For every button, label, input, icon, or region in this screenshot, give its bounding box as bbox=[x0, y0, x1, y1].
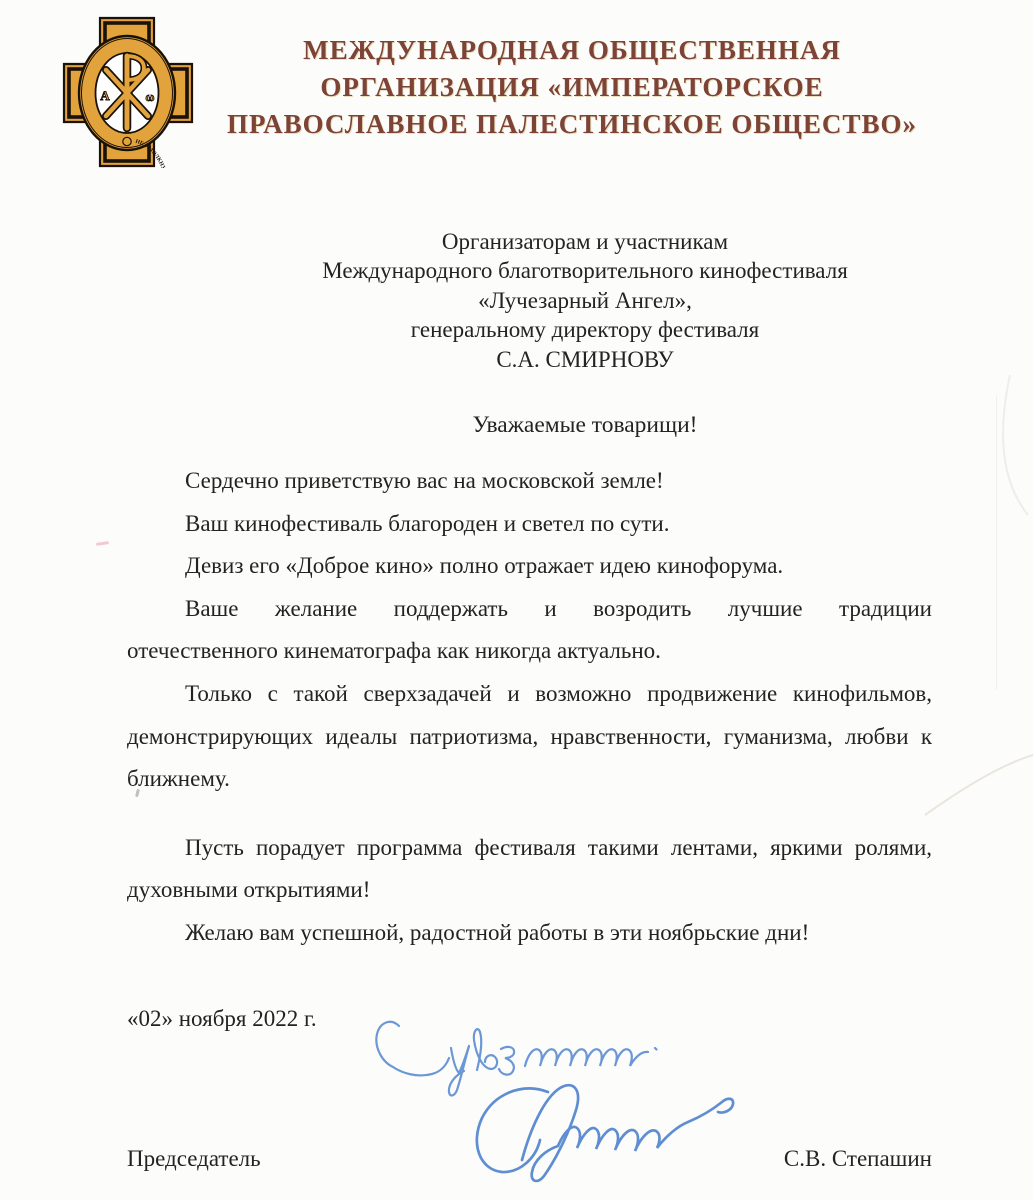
scan-artifact-vertical-line bbox=[996, 395, 997, 690]
recipient-line: «Лучезарный Ангел», bbox=[200, 286, 970, 315]
org-name-line-2: ОРГАНИЗАЦИЯ «ИМПЕРАТОРСКОЕ bbox=[215, 69, 929, 106]
body-line: Желаю вам успешной, радостной работы в э… bbox=[127, 912, 932, 955]
organization-name: МЕЖДУНАРОДНАЯ ОБЩЕСТВЕННАЯ ОРГАНИЗАЦИЯ «… bbox=[215, 32, 929, 143]
letter-body: Сердечно приветствую вас на московской з… bbox=[127, 460, 932, 955]
body-line: ближнему. bbox=[127, 758, 932, 801]
letter-page: НЕ УМОЛКНУ РАДИ СІОНА И РАДИ ІЕРУСАЛИМА … bbox=[0, 0, 1033, 1200]
body-line: Девиз его «Доброе кино» полно отражает и… bbox=[127, 545, 932, 588]
body-line: Ваше желание поддержать и возродить лучш… bbox=[127, 588, 932, 631]
recipient-line: генеральному директору фестиваля bbox=[200, 315, 970, 344]
salutation: Уважаемые товарищи! bbox=[200, 412, 970, 439]
signer-name: С.В. Степашин bbox=[784, 1146, 932, 1172]
position-title: Председатель bbox=[127, 1146, 261, 1172]
recipient-block: Организаторам и участникам Международног… bbox=[200, 227, 970, 374]
body-line: духовными открытиями! bbox=[127, 869, 932, 912]
body-line: Ваш кинофестиваль благороден и светел по… bbox=[127, 503, 932, 546]
recipient-name: С.А. СМИРНОВУ bbox=[200, 345, 970, 374]
alpha-letter: А bbox=[100, 88, 110, 103]
omega-letter: ω bbox=[145, 90, 154, 104]
emblem-bottom-ornament bbox=[123, 137, 131, 145]
body-line: демонстрирующих идеалы патриотизма, нрав… bbox=[127, 716, 932, 759]
org-name-line-1: МЕЖДУНАРОДНАЯ ОБЩЕСТВЕННАЯ bbox=[215, 32, 929, 69]
recipient-line: Международного благотворительного кинофе… bbox=[200, 256, 970, 285]
body-line: Сердечно приветствую вас на московской з… bbox=[127, 460, 932, 503]
org-name-line-3: ПРАВОСЛАВНОЕ ПАЛЕСТИНСКОЕ ОБЩЕСТВО» bbox=[215, 106, 929, 143]
letter-date: «02» ноября 2022 г. bbox=[127, 1006, 317, 1032]
body-line: Только с такой сверхзадачей и возможно п… bbox=[127, 673, 932, 716]
handwritten-note bbox=[376, 1022, 656, 1096]
body-line: Пусть порадует программа фестиваля таким… bbox=[127, 827, 932, 870]
signature-row: Председатель С.В. Степашин bbox=[127, 1146, 932, 1172]
scan-artifact-pink-mark bbox=[96, 541, 109, 546]
body-line: отечественного кинематографа как никогда… bbox=[127, 630, 932, 673]
recipient-line: Организаторам и участникам bbox=[200, 227, 970, 256]
ippo-emblem-icon: НЕ УМОЛКНУ РАДИ СІОНА И РАДИ ІЕРУСАЛИМА … bbox=[62, 16, 194, 168]
